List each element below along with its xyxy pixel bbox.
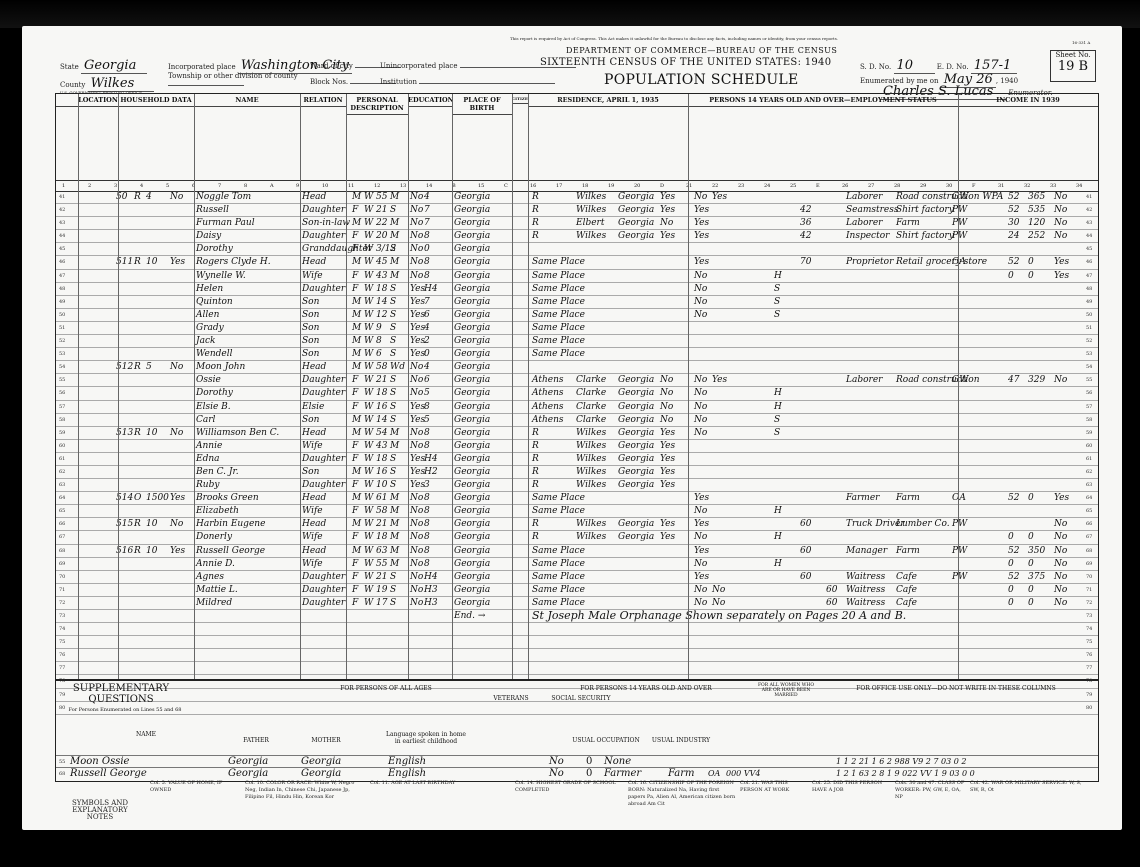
cell-res-state: Georgia <box>618 401 654 413</box>
cell-res-farm: No <box>660 401 673 413</box>
cell-res-city: Same Place <box>532 283 585 295</box>
cell-name: Elsie B. <box>196 401 231 413</box>
cell-birthplace: Georgia <box>454 518 490 530</box>
cell-age: 20 <box>376 230 387 242</box>
cell-marital: M <box>390 270 399 282</box>
line-number-right: 41 <box>1086 191 1092 203</box>
form-number: 16-331 A <box>1072 40 1090 45</box>
cell-res-county: Elbert <box>576 217 604 229</box>
cell-hours: 60 <box>800 571 811 583</box>
cell-relation: Son <box>302 348 319 360</box>
cell-school: Yes <box>410 296 425 308</box>
cell-sex: F <box>352 584 358 596</box>
cell-other-income: No <box>1054 230 1067 242</box>
incorporated-place-label: Incorporated place <box>168 63 236 71</box>
cell-industry: Shirt factory <box>896 204 954 216</box>
cell-res-county: Wilkes <box>576 479 606 491</box>
cell-relation: Head <box>302 256 326 268</box>
cell-marital: S <box>390 479 396 491</box>
cell-race: W <box>364 440 373 452</box>
cell-birthplace: Georgia <box>454 243 490 255</box>
cell-relation: Son-in-law <box>302 217 350 229</box>
cell-line: 65 <box>59 505 65 517</box>
cell-wks39: 52 <box>1008 545 1019 557</box>
cell-wages: 535 <box>1028 204 1045 216</box>
cell-res-city: Same Place <box>532 584 585 596</box>
cell-relation: Wife <box>302 558 323 570</box>
cell-line: 61 <box>59 453 65 465</box>
cell-other-income: No <box>1054 191 1067 203</box>
cell-age: 58 <box>376 505 387 517</box>
line-number-right: 70 <box>1086 571 1092 583</box>
cell-birthplace: Georgia <box>454 361 490 373</box>
cell-school: No <box>410 361 423 373</box>
column-divider <box>452 94 453 679</box>
cell-res-county: Clarke <box>576 374 606 386</box>
cell-marital: M <box>390 558 399 570</box>
cell-marital: S <box>390 204 396 216</box>
cell-other: S <box>774 414 780 426</box>
line-number-right: 61 <box>1086 453 1092 465</box>
supp-name: Russell George <box>70 768 147 780</box>
line-number-right: 49 <box>1086 296 1092 308</box>
cell-birthplace: Georgia <box>454 374 490 386</box>
cell-other-income: No <box>1054 531 1067 543</box>
cell-seek: Yes <box>712 374 727 386</box>
cell-name: Mattie L. <box>196 584 238 596</box>
cell-res-city: R <box>532 453 539 465</box>
cell-own: R <box>134 191 141 203</box>
cell-name: Moon John <box>196 361 245 373</box>
cell-res-city: Same Place <box>532 597 585 609</box>
cell-age: 17 <box>376 597 387 609</box>
cell-line: 64 <box>59 492 65 504</box>
cell-res-state: Georgia <box>618 479 654 491</box>
cell-marital: M <box>390 545 399 557</box>
table-row: 50AllenSonMW12SYes6GeorgiaSame PlaceNoS5… <box>56 309 1098 322</box>
cell-wks39: 0 <box>1008 584 1014 596</box>
column-divider <box>300 94 301 679</box>
census-rows: 4150R4NoNoggle TomHeadMW55MNo4GeorgiaRWi… <box>56 191 1098 715</box>
cell-res-state: Georgia <box>618 440 654 452</box>
cell-res-state: Georgia <box>618 387 654 399</box>
cell-line: 75 <box>59 636 65 648</box>
cell-marital: S <box>390 374 396 386</box>
cell-school: No <box>410 545 423 557</box>
cell-birthplace: Georgia <box>454 191 490 203</box>
column-number: 4 <box>140 183 143 189</box>
cell-relation: Daughter <box>302 387 345 399</box>
cell-weeks: 60 <box>826 584 837 596</box>
cell-age: 43 <box>376 440 387 452</box>
cell-farm: No <box>170 191 183 203</box>
cell-sex: F <box>352 270 358 282</box>
township-field: Township or other division of county <box>168 72 308 88</box>
cell-grade: H3 <box>424 584 438 596</box>
cell-res-county: Wilkes <box>576 531 606 543</box>
cell-grade: 8 <box>424 427 430 439</box>
table-row: 47Wynelle W.WifeFW43MNo8GeorgiaSame Plac… <box>56 270 1098 283</box>
orphanage-note: St Joseph Male Orphanage Shown separatel… <box>532 610 906 622</box>
cell-relation: Head <box>302 492 326 504</box>
cell-sex: M <box>352 427 361 439</box>
column-number: 12 <box>374 183 380 189</box>
cell-grade: 8 <box>424 256 430 268</box>
cell-line: 56 <box>59 387 65 399</box>
cell-res-farm: Yes <box>660 204 675 216</box>
cell-name: Daisy <box>196 230 221 242</box>
cell-work: No <box>694 283 707 295</box>
supp-mother-col: MOTHER <box>296 737 356 744</box>
cell-sex: F <box>352 230 358 242</box>
line-number-right: 73 <box>1086 610 1092 622</box>
column-number: 3 <box>114 183 117 189</box>
table-row: 58CarlSonMW14SYes5GeorgiaAthensClarkeGeo… <box>56 414 1098 427</box>
cell-work: No <box>694 270 707 282</box>
cell-own: R <box>134 361 141 373</box>
cell-relation: Daughter <box>302 374 345 386</box>
line-number-right: 43 <box>1086 217 1092 229</box>
cell-race: W <box>364 505 373 517</box>
cell-sex: M <box>352 309 361 321</box>
cell-occupation: Inspector <box>846 230 889 242</box>
cell-age: 61 <box>376 492 387 504</box>
cell-relation: Daughter <box>302 584 345 596</box>
symbols-title: SYMBOLS AND EXPLANATORY NOTES <box>60 800 140 821</box>
cell-marital: S <box>390 296 396 308</box>
cell-school: No <box>410 256 423 268</box>
cell-age: 8 <box>376 335 382 347</box>
cell-wages: 329 <box>1028 374 1045 386</box>
cell-class: PW <box>952 571 967 583</box>
cell-school: Yes <box>410 309 425 321</box>
cell-age: 58 <box>376 361 387 373</box>
cell-res-county: Wilkes <box>576 518 606 530</box>
cell-line: 43 <box>59 217 65 229</box>
supp-mother: Georgia <box>301 768 341 780</box>
cell-school: No <box>410 505 423 517</box>
column-number: 15 <box>478 183 484 189</box>
table-row: 7676 <box>56 649 1098 662</box>
institution-field: Institution <box>380 78 555 86</box>
cell-occupation: Waitress <box>846 571 885 583</box>
cell-grade: 0 <box>424 243 430 255</box>
institution-value <box>419 83 555 84</box>
cell-res-city: Same Place <box>532 571 585 583</box>
supp-usual-occupation: Farmer <box>604 768 641 780</box>
table-row: 64514O1500YesBrooks GreenHeadMW61MNo8Geo… <box>56 492 1098 505</box>
cell-name: Jack <box>196 335 215 347</box>
cell-sex: F <box>352 505 358 517</box>
cell-grade: 8 <box>424 492 430 504</box>
cell-other-income: Yes <box>1054 256 1069 268</box>
line-number-right: 68 <box>1086 545 1092 557</box>
column-number: 13 <box>400 183 406 189</box>
cell-school: No <box>410 440 423 452</box>
cell-res-city: Same Place <box>532 335 585 347</box>
cell-marital: M <box>390 531 399 543</box>
table-row: 71Mattie L.DaughterFW19SNoH3GeorgiaSame … <box>56 584 1098 597</box>
cell-line: 66 <box>59 518 65 530</box>
line-number-right: 48 <box>1086 283 1092 295</box>
cell-race: W <box>364 230 373 242</box>
cell-res-state: Georgia <box>618 374 654 386</box>
cell-grade: 8 <box>424 230 430 242</box>
line-number-right: 59 <box>1086 427 1092 439</box>
cell-class: PW <box>952 230 967 242</box>
table-row: 56DorothyDaughterFW18SNo5GeorgiaAthensCl… <box>56 387 1098 400</box>
cell-grade: 4 <box>424 191 430 203</box>
end-note: End. → <box>454 610 485 622</box>
cell-school: No <box>410 531 423 543</box>
cell-line: 42 <box>59 204 65 216</box>
unincorporated-label: Unincorporated place <box>380 62 457 70</box>
note-col11: Col. 11. AGE AT LAST BIRTHDAY <box>370 780 510 787</box>
column-number: 17 <box>556 183 562 189</box>
cell-sex: M <box>352 518 361 530</box>
cell-birthplace: Georgia <box>454 597 490 609</box>
cell-race: W <box>364 361 373 373</box>
cell-wks39: 52 <box>1008 191 1019 203</box>
cell-grade: 6 <box>424 309 430 321</box>
cell-other-income: No <box>1054 558 1067 570</box>
cell-race: W <box>364 256 373 268</box>
cell-birthplace: Georgia <box>454 283 490 295</box>
cell-sex: F <box>352 531 358 543</box>
cell-birthplace: Georgia <box>454 256 490 268</box>
cell-other-income: No <box>1054 584 1067 596</box>
cell-line: 69 <box>59 558 65 570</box>
cell-relation: Daughter <box>302 479 345 491</box>
cell-hours: 42 <box>800 230 811 242</box>
cell-sex: M <box>352 217 361 229</box>
cell-own: R <box>134 427 141 439</box>
table-row: 67DonerlyWifeFW18MNo8GeorgiaRWilkesGeorg… <box>56 531 1098 544</box>
cell-industry: Retail grocery store <box>896 256 987 268</box>
cell-school: Yes <box>410 414 425 426</box>
cell-res-city: R <box>532 440 539 452</box>
cell-name: Donerly <box>196 531 232 543</box>
cell-work: No <box>694 558 707 570</box>
table-row: 60AnnieWifeFW43MNo8GeorgiaRWilkesGeorgia… <box>56 440 1098 453</box>
cell-school: Yes <box>410 479 425 491</box>
cell-age: 21 <box>376 571 387 583</box>
cell-work: No <box>694 296 707 308</box>
state-label: State <box>60 63 79 71</box>
column-number: 9 <box>296 183 299 189</box>
cell-grade: 7 <box>424 296 430 308</box>
cell-line: 44 <box>59 230 65 242</box>
column-number: 23 <box>738 183 744 189</box>
cell-relation: Head <box>302 545 326 557</box>
cell-school: No <box>410 571 423 583</box>
cell-name: Mildred <box>196 597 232 609</box>
supp-code: 000 VV4 <box>726 768 760 780</box>
cell-birthplace: Georgia <box>454 217 490 229</box>
cell-race: W <box>364 348 373 360</box>
cell-school: No <box>410 270 423 282</box>
cell-sex: F <box>352 440 358 452</box>
cell-relation: Son <box>302 335 319 347</box>
cell-res-state: Georgia <box>618 518 654 530</box>
cell-industry: Cafe <box>896 571 917 583</box>
line-number-right: 71 <box>1086 584 1092 596</box>
cell-res-farm: No <box>660 387 673 399</box>
line-number-right: 44 <box>1086 230 1092 242</box>
cell-res-county: Wilkes <box>576 427 606 439</box>
cell-work: Yes <box>694 571 709 583</box>
cell-age: 9 <box>376 322 382 334</box>
cell-res-county: Wilkes <box>576 466 606 478</box>
cell-age: 45 <box>376 256 387 268</box>
cell-race: W <box>364 518 373 530</box>
relation-header: RELATION <box>300 94 347 180</box>
cell-marital: S <box>390 387 396 399</box>
cell-birthplace: Georgia <box>454 204 490 216</box>
cell-res-farm: Yes <box>660 440 675 452</box>
cell-grade: H4 <box>424 283 438 295</box>
cell-res-state: Georgia <box>618 204 654 216</box>
column-number: 26 <box>842 183 848 189</box>
cell-birthplace: Georgia <box>454 401 490 413</box>
table-row: 45DorothyGranddaughterFW3/12SNo0Georgia4… <box>56 243 1098 256</box>
column-number: 19 <box>608 183 614 189</box>
cell-grade: 6 <box>424 374 430 386</box>
cell-sex: M <box>352 191 361 203</box>
women-header: FOR ALL WOMEN WHO ARE OR HAVE BEEN MARRI… <box>756 683 816 698</box>
cell-name: Dorothy <box>196 387 233 399</box>
cell-relation: Daughter <box>302 597 345 609</box>
table-row: 53WendellSonMW6SYes0GeorgiaSame Place53 <box>56 348 1098 361</box>
cell-grade: 8 <box>424 558 430 570</box>
cell-res-state: Georgia <box>618 531 654 543</box>
line-number-right: 74 <box>1086 623 1092 635</box>
cell-relation: Son <box>302 309 319 321</box>
column-number: 29 <box>920 183 926 189</box>
column-divider <box>512 94 513 679</box>
cell-sex: F <box>352 401 358 413</box>
cell-res-county: Clarke <box>576 401 606 413</box>
cell-res-city: Same Place <box>532 296 585 308</box>
cell-line: 46 <box>59 256 65 268</box>
name-header: NAME <box>194 94 301 180</box>
cell-grade: 8 <box>424 270 430 282</box>
block-label: Block Nos. <box>310 78 348 86</box>
cell-age: 19 <box>376 584 387 596</box>
cell-res-farm: Yes <box>660 518 675 530</box>
census-title: SIXTEENTH CENSUS OF THE UNITED STATES: 1… <box>540 57 831 68</box>
cell-sex: M <box>352 335 361 347</box>
cell-sex: F <box>352 571 358 583</box>
cell-industry: Cafe <box>896 597 917 609</box>
cell-sex: M <box>352 492 361 504</box>
cell-res-city: Same Place <box>532 309 585 321</box>
cell-name: Furman Paul <box>196 217 255 229</box>
note-col30: Cols. 30 and 47. CLASS OF WORKER: PW, GW… <box>895 780 965 801</box>
cell-race: W <box>364 335 373 347</box>
cell-res-city: Athens <box>532 374 564 386</box>
line-number-right: 65 <box>1086 505 1092 517</box>
supp-usual-industry-col: USUAL INDUSTRY <box>646 737 716 744</box>
cell-age: 10 <box>376 479 387 491</box>
cell-grade: 7 <box>424 217 430 229</box>
cell-race: W <box>364 217 373 229</box>
cell-value: 10 <box>146 545 157 557</box>
cell-line: 52 <box>59 335 65 347</box>
cell-race: W <box>364 243 373 255</box>
note-col42: Col. 42. WAR OR MILITARY SERVICE: W, S, … <box>970 780 1090 794</box>
cell-marital: S <box>390 584 396 596</box>
cell-line: 67 <box>59 531 65 543</box>
cell-wages: 0 <box>1028 256 1034 268</box>
cell-name: Ruby <box>196 479 219 491</box>
cell-birthplace: Georgia <box>454 558 490 570</box>
cell-res-state: Georgia <box>618 453 654 465</box>
cell-age: 21 <box>376 374 387 386</box>
cell-name: Wynelle W. <box>196 270 246 282</box>
cell-other: H <box>774 531 782 543</box>
cell-line: 45 <box>59 243 65 255</box>
cell-other: S <box>774 296 780 308</box>
cell-other-income: No <box>1054 518 1067 530</box>
cell-industry: Lumber Co. <box>896 518 950 530</box>
cell-race: W <box>364 453 373 465</box>
cell-res-city: Athens <box>532 401 564 413</box>
cell-race: W <box>364 309 373 321</box>
cell-res-state: Georgia <box>618 217 654 229</box>
schedule-title: POPULATION SCHEDULE <box>604 72 799 88</box>
line-number-right: 57 <box>1086 401 1092 413</box>
column-number: A <box>270 183 274 189</box>
cell-res-farm: No <box>660 414 673 426</box>
cell-industry: Farm <box>896 545 920 557</box>
cell-wages: 252 <box>1028 230 1045 242</box>
line-number-right: 62 <box>1086 466 1092 478</box>
cell-res-city: R <box>532 191 539 203</box>
cell-work: No <box>694 505 707 517</box>
cell-race: W <box>364 558 373 570</box>
cell-relation: Daughter <box>302 453 345 465</box>
cell-other-income: No <box>1054 217 1067 229</box>
cell-race: W <box>364 374 373 386</box>
cell-age: 18 <box>376 283 387 295</box>
cell-res-county: Clarke <box>576 414 606 426</box>
cell-work: Yes <box>694 230 709 242</box>
cell-industry: Cafe <box>896 584 917 596</box>
cell-wages: 0 <box>1028 558 1034 570</box>
column-number: D <box>660 183 664 189</box>
cell-seek: No <box>712 597 725 609</box>
cell-occupation: Laborer <box>846 217 882 229</box>
cell-race: W <box>364 597 373 609</box>
table-row: 63RubyDaughterFW10SYes3GeorgiaRWilkesGeo… <box>56 479 1098 492</box>
cell-occupation: Proprietor <box>846 256 893 268</box>
cell-res-county: Wilkes <box>576 191 606 203</box>
note-col10: Col. 10. COLOR OR RACE: White W, Negro N… <box>245 780 365 801</box>
cell-age: 55 <box>376 191 387 203</box>
cell-wks39: 47 <box>1008 374 1019 386</box>
cell-seek: Yes <box>712 191 727 203</box>
cell-industry: Farm <box>896 217 920 229</box>
cell-marital: S <box>390 571 396 583</box>
cell-school: No <box>410 374 423 386</box>
cell-wks39: 0 <box>1008 558 1014 570</box>
cell-birthplace: Georgia <box>454 348 490 360</box>
fourteen-over-header: FOR PERSONS 14 YEARS OLD AND OVER <box>546 685 746 692</box>
column-number: 22 <box>712 183 718 189</box>
table-row: 48HelenDaughterFW18SYesH4GeorgiaSame Pla… <box>56 283 1098 296</box>
township-value <box>168 85 244 86</box>
